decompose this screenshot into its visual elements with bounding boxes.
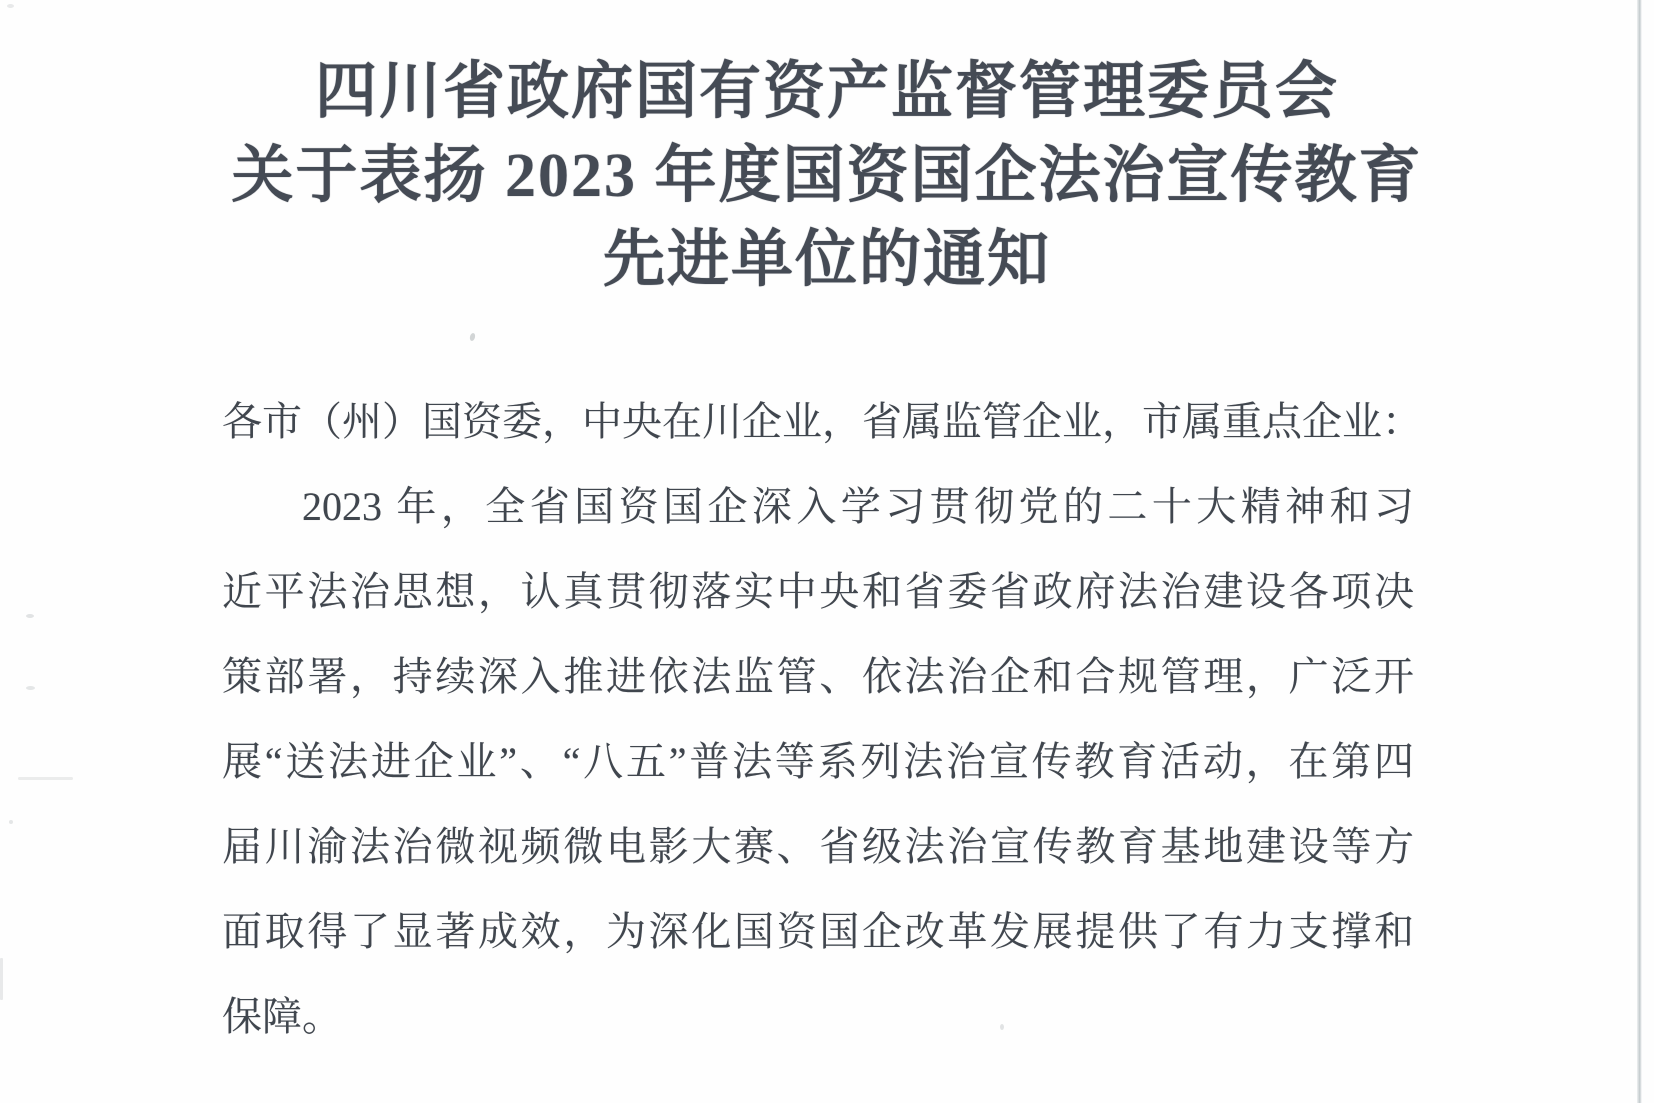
title-line-3: 先进单位的通知 bbox=[0, 218, 1654, 302]
scan-speck bbox=[26, 614, 34, 618]
page-edge-shadow bbox=[1637, 0, 1642, 1103]
title-line-1: 四川省政府国有资产监督管理委员会 bbox=[0, 50, 1654, 134]
body-line-4: 展“送法进企业”、“八五”普法等系列法治宣传教育活动，在第四 bbox=[222, 719, 1414, 804]
document-body: 各市（州）国资委，中央在川企业，省属监管企业，市属重点企业： 2023 年，全省… bbox=[222, 379, 1414, 1059]
scan-speck bbox=[469, 332, 476, 341]
scan-speck bbox=[9, 820, 13, 824]
scan-speck bbox=[18, 777, 73, 780]
body-line-5: 届川渝法治微视频微电影大赛、省级法治宣传教育基地建设等方 bbox=[222, 804, 1414, 889]
scan-speck bbox=[26, 686, 35, 690]
body-line-3: 策部署，持续深入推进依法监管、依法治企和合规管理，广泛开 bbox=[222, 634, 1414, 719]
body-line-6: 面取得了显著成效，为深化国资国企改革发展提供了有力支撑和 bbox=[222, 889, 1414, 974]
scan-speck bbox=[1000, 1024, 1004, 1030]
body-line-7: 保障。 bbox=[222, 974, 1414, 1059]
body-line-1: 2023 年，全省国资国企深入学习贯彻党的二十大精神和习 bbox=[222, 464, 1414, 549]
title-line-2: 关于表扬 2023 年度国资国企法治宣传教育 bbox=[0, 134, 1654, 218]
scanned-document-page: 四川省政府国有资产监督管理委员会 关于表扬 2023 年度国资国企法治宣传教育 … bbox=[0, 0, 1654, 1103]
scan-speck bbox=[7, 4, 14, 8]
body-line-2: 近平法治思想，认真贯彻落实中央和省委省政府法治建设各项决 bbox=[222, 549, 1414, 634]
document-title: 四川省政府国有资产监督管理委员会 关于表扬 2023 年度国资国企法治宣传教育 … bbox=[0, 50, 1654, 302]
scan-speck bbox=[0, 958, 3, 1000]
salutation-line: 各市（州）国资委，中央在川企业，省属监管企业，市属重点企业： bbox=[222, 379, 1414, 464]
